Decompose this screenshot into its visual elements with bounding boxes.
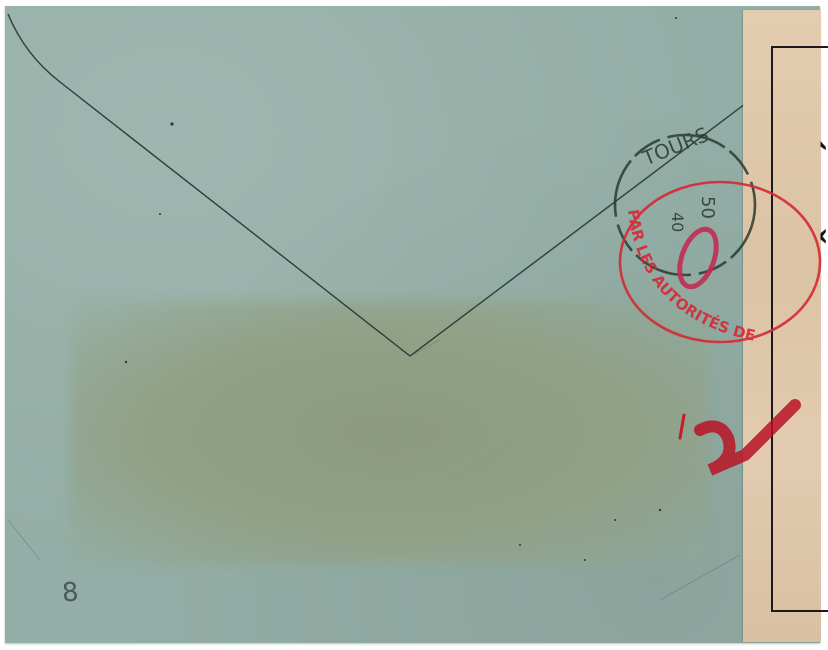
stamps-layer: TOURS 50 40 PAR LES AUTORITÉS DE CONTRÔL… [0,0,828,650]
censor-stamp: PAR LES AUTORITÉS DE CONTRÔLE [0,0,820,346]
svg-text:TOURS: TOURS [638,122,712,171]
svg-text:40: 40 [668,212,687,232]
svg-text:PAR LES AUTORITÉS DE CONTRÔLE: PAR LES AUTORITÉS DE CONTRÔLE [0,0,762,346]
red-pencil-mark [680,405,795,470]
handwritten-number: 8 [61,577,80,608]
controle-text: CONTRÔLÉ [821,118,828,490]
envelope-photo: TOURS 50 40 PAR LES AUTORITÉS DE CONTRÔL… [0,0,828,650]
svg-text:50: 50 [697,196,718,219]
censor-strip-label: CONTRÔLÉ [783,80,828,600]
